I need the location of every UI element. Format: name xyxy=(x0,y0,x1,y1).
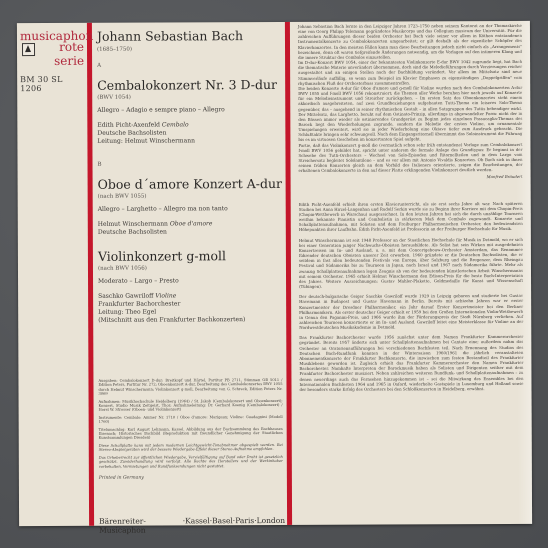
work2-ensemble: Deutsche Bachsolisten xyxy=(98,228,280,237)
credits-cover: Titelumschlag: Karl August Lehmann, Kass… xyxy=(99,427,283,441)
credits-playback: Diese Schallplatte kann mit jedem modern… xyxy=(99,443,283,453)
credits-instruments: Instrumente: Cembalo: Ammer Nr. 1710 / O… xyxy=(99,415,283,425)
work2-performers: Helmut Winschermann Oboe d'amore Deutsch… xyxy=(98,220,280,237)
work1-soloist: Edith Picht-Axenfeld xyxy=(97,121,160,128)
composer-name: Johann Sebastian Bach xyxy=(97,28,279,44)
production-credits: Ausgaben: Cembalokonzert D-dur: Breitkop… xyxy=(98,378,282,481)
publisher-name: Bärenreiter-Musicaphon xyxy=(99,516,183,534)
publisher-city: Paris xyxy=(235,516,254,534)
publisher-city: Basel xyxy=(212,516,233,534)
work1-bwv: (BWV 1054) xyxy=(97,94,279,101)
work2-soloist: Helmut Winschermann xyxy=(98,220,168,227)
spacer xyxy=(299,179,523,202)
credits-editions: Ausgaben: Cembalokonzert D-dur: Breitkop… xyxy=(98,378,282,396)
liner-paragraph: Partie, daß das Violinkonzert g-moll die… xyxy=(298,142,522,174)
catalog-number: BM 30 SL 1206 xyxy=(20,75,84,93)
work2-movements: Allegro – Larghetto – Allegro ma non tan… xyxy=(98,205,280,213)
liner-paragraph: Die beiden Konzerte A-dur für Oboe d'amo… xyxy=(298,85,522,143)
liner-paragraph: Johann Sebastian Bach lernte in den Leip… xyxy=(298,23,522,60)
bio-picht-axenfeld: Edith Picht-Axenfeld erhielt ihren erste… xyxy=(299,201,523,233)
work3-bwv: (nach BWV 1056) xyxy=(98,265,280,272)
work2-title: Oboe d´amore Konzert A-dur xyxy=(98,176,280,192)
baerenreiter-triangle-logo-icon xyxy=(22,43,35,56)
work2-bwv: (nach BWV 1055) xyxy=(98,193,280,200)
program-column: Johann Sebastian Bach (1685–1750) A Cemb… xyxy=(97,28,280,325)
bio-winschermann: Helmut Winschermann ist seit 1948 Profes… xyxy=(299,237,523,290)
record-sleeve-back: musicaphon rote serie BM 30 SL 1206 Joha… xyxy=(17,21,532,526)
work3-note: (Mitschnitt aus den Frankfurter Bachkonz… xyxy=(98,316,280,325)
liner-notes: Johann Sebastian Bach lernte in den Leip… xyxy=(298,23,524,392)
work1-conductor: Leitung: Helmut Winschermann xyxy=(97,137,279,146)
side-a-label: A xyxy=(97,62,279,69)
work3-instrument: Violine xyxy=(155,292,176,299)
side-b-label: B xyxy=(98,161,280,168)
red-divider-middle xyxy=(285,22,292,525)
made-in-germany: Printed in Germany xyxy=(99,476,283,481)
bio-frankfurter-bachorchester: Das Frankfurter Bachorchester wurde 1956… xyxy=(299,334,523,392)
label-column: musicaphon rote serie BM 30 SL 1206 xyxy=(20,31,84,93)
work2-instrument: Oboe d'amore xyxy=(170,220,213,227)
work1-instrument: Cembalo xyxy=(162,121,189,128)
brand-series-rote: rote xyxy=(59,42,84,53)
work3-performers: Saschko Gawriloff Violine Frankfurter Ba… xyxy=(98,292,280,325)
publisher-city: London xyxy=(257,516,286,534)
liner-paragraph: Im D-dur-Konzert BWV 1054, einer der bek… xyxy=(298,59,522,86)
red-divider-left xyxy=(87,23,94,526)
publisher-line: Bärenreiter-Musicaphon · Kassel · Basel … xyxy=(99,516,285,535)
credits-rights: Das Urheberrecht zur öffentlichen Wieder… xyxy=(99,455,283,469)
work1-title: Cembalokonzert Nr. 3 D-dur xyxy=(97,77,279,93)
credits-recordings: Aufnahmen: Musikhochschule Heidelberg (1… xyxy=(99,399,283,413)
work3-title: Violinkonzert g-moll xyxy=(98,248,280,264)
work1-performers: Edith Picht-Axenfeld Cembalo Deutsche Ba… xyxy=(97,121,279,146)
work1-movements: Allegro – Adagio e sempre piano – Allegr… xyxy=(97,106,279,114)
brand-series-serie: serie xyxy=(20,56,84,67)
publisher-city: Kassel xyxy=(185,516,210,534)
work3-soloist: Saschko Gawriloff xyxy=(98,293,153,300)
composer-dates: (1685–1750) xyxy=(97,46,279,53)
brand-logo: musicaphon rote serie xyxy=(20,31,84,67)
bio-gawriloff: Der deutsch-bulgarische Geiger Saschko G… xyxy=(299,293,523,330)
work3-movements: Moderato – Largo – Presto xyxy=(98,277,280,285)
